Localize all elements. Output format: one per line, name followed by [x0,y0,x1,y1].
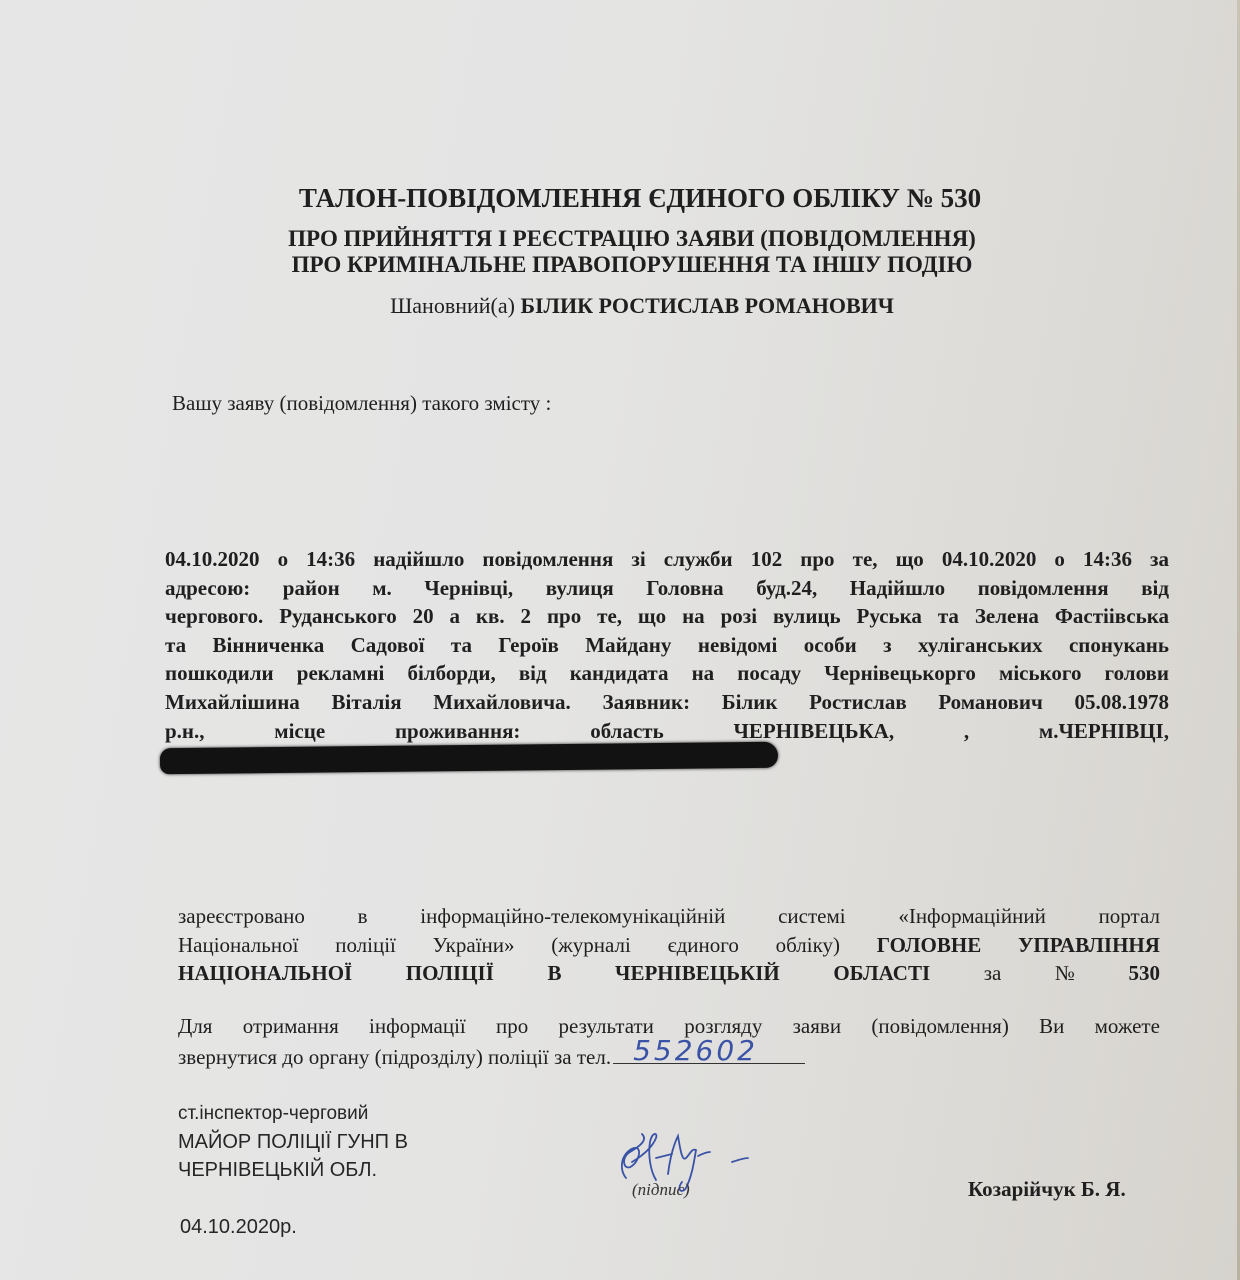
narrative-line: Михайлішина Віталія Михайловича. Заявник… [165,688,1169,717]
greeting-prefix: Шановний(а) [390,293,515,318]
phone-field: 552602 [613,1041,805,1064]
word: інформаційно-телекомунікаційній [420,902,725,931]
greeting: Шановний(а) БІЛИК РОСТИСЛАВ РОМАНОВИЧ [22,293,1240,319]
redaction-bar [160,742,778,774]
phone-number-handwritten: 552602 [633,1037,758,1066]
signer-name: Козарійчук Б. Я. [968,1177,1126,1202]
intro-text: Вашу заяву (повідомлення) такого змісту … [172,391,551,416]
document-date: 04.10.2020р. [180,1216,297,1239]
contact-prefix: звернутися до органу (підрозділу) поліці… [178,1045,611,1069]
contact-line: звернутися до органу (підрозділу) поліці… [178,1041,1160,1072]
word: Національної [178,931,298,960]
word: портал [1099,902,1160,931]
word: Ви [1039,1012,1064,1041]
document-title: ТАЛОН-ПОВІДОМЛЕННЯ ЄДИНОГО ОБЛІКУ № 530 [20,183,1240,214]
word: (повідомлення) [871,1012,1008,1041]
word: про [496,1012,528,1041]
word: системі [778,902,846,931]
word: поліції [335,931,396,960]
word: ОБЛАСТІ [833,959,930,988]
signature-caption: (підпис) [632,1180,690,1200]
registration-block: зареєстровановінформаційно-телекомунікац… [178,902,1160,988]
narrative-line: чергового. Руданського 20 а кв. 2 про те… [165,602,1169,631]
narrative-line: 04.10.2020 о 14:36 надійшло повідомлення… [165,545,1169,574]
word: інформації [369,1012,466,1041]
word: зареєстровано [178,902,305,931]
word: обліку) [776,931,840,960]
word: область [590,717,664,746]
word: УПРАВЛІННЯ [1018,931,1160,960]
residence-line: р.н.,місцепроживання:областьЧЕРНІВЕЦЬКА,… [165,717,1169,746]
document-subtitle-line2: ПРО КРИМІНАЛЬНЕ ПРАВОПОРУШЕННЯ ТА ІНШУ П… [12,252,1240,278]
word: р.н., [165,717,205,746]
word: отримання [243,1012,339,1041]
word: «Інформаційний [898,902,1046,931]
contact-block: Дляотриманняінформаціїпрорезультатирозгл… [178,1012,1160,1071]
word: проживання: [395,717,520,746]
registration-line: зареєстровановінформаційно-телекомунікац… [178,902,1160,931]
report-narrative: 04.10.2020 о 14:36 надійшло повідомлення… [165,545,1169,745]
word: ЧЕРНІВЕЦЬКІЙ [615,959,780,988]
word: м.ЧЕРНІВЦІ, [1039,717,1169,746]
word: ПОЛІЦІЇ [406,959,494,988]
word: № [1055,959,1075,988]
word: в [358,902,368,931]
word: місце [274,717,325,746]
word: Для [178,1012,212,1041]
officer-rank-line2: ЧЕРНІВЕЦЬКІЙ ОБЛ. [178,1156,408,1184]
narrative-line: та Вінниченка Садової та Героїв Майдану … [165,631,1169,660]
word: заяви [793,1012,841,1041]
word: ЧЕРНІВЕЦЬКА, [733,717,894,746]
word: 530 [1129,959,1161,988]
word: за [984,959,1002,988]
word: , [964,717,969,746]
officer-block: ст.інспектор-черговий МАЙОР ПОЛІЦІЇ ГУНП… [178,1100,408,1184]
applicant-name: БІЛИК РОСТИСЛАВ РОМАНОВИЧ [520,293,893,318]
word: В [547,959,561,988]
word: єдиного [668,931,739,960]
registration-line: НаціональноїполіціїУкраїни»(журналієдино… [178,931,1160,960]
narrative-line: пошкодили рекламні білборди, від кандида… [165,659,1169,688]
officer-rank-line1: МАЙОР ПОЛІЦІЇ ГУНП В [178,1128,408,1156]
word: ГОЛОВНЕ [877,931,981,960]
word: НАЦІОНАЛЬНОЇ [178,959,352,988]
word: можете [1095,1012,1160,1041]
word: (журналі [551,931,631,960]
officer-role: ст.інспектор-черговий [178,1100,408,1128]
narrative-line: адресою: район м. Чернівці, вулиця Голов… [165,574,1169,603]
document-subtitle-line1: ПРО ПРИЙНЯТТЯ І РЕЄСТРАЦІЮ ЗАЯВИ (ПОВІДО… [12,226,1240,252]
registration-line: НАЦІОНАЛЬНОЇПОЛІЦІЇВЧЕРНІВЕЦЬКІЙОБЛАСТІз… [178,959,1160,988]
word: України» [433,931,515,960]
